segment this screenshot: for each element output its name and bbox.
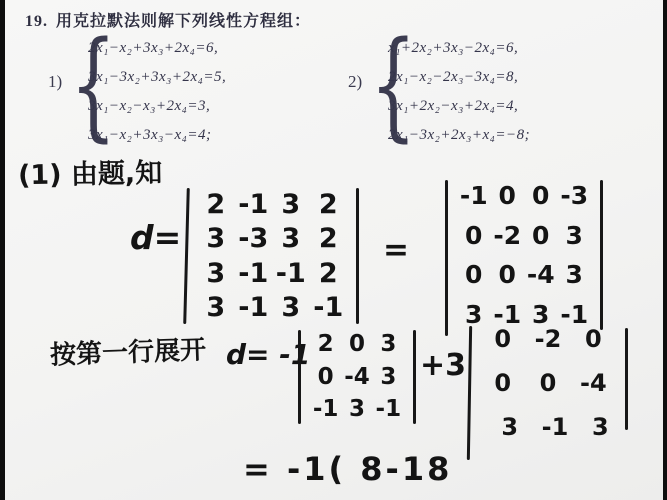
determinant-values: -100-30-20300-433-13-1 (457, 183, 591, 327)
det-row: 3-13 (487, 415, 623, 439)
det-cell: 3 (558, 223, 592, 248)
det-row: -13-1 (310, 398, 404, 421)
equation-line: x₁+2x₂+3x₃−2x₄=6, (388, 34, 530, 63)
problem-header: 19.用克拉默法则解下列线性方程组： (25, 8, 311, 31)
photographed-textbook-page: 19.用克拉默法则解下列线性方程组： 1) { 2x₁−x₂+3x₃+2x₄=6… (0, 0, 667, 500)
det-row: 00-4 (480, 371, 616, 395)
det-row: 203 (310, 333, 404, 356)
det-cell: 2 (197, 191, 235, 218)
det-cell: 3 (487, 415, 532, 439)
det-cell: -1 (235, 294, 273, 321)
det-cell: 2 (310, 225, 348, 252)
determinant-bar (183, 188, 190, 324)
det-cell: 0 (341, 333, 372, 356)
photo-right-edge-bar (663, 0, 667, 500)
det-cell: -1 (457, 183, 491, 208)
det-cell: 3 (373, 333, 404, 356)
equation-line: 3x₁−x₂−x₃+2x₄=3, (88, 92, 226, 121)
det-cell: -1 (235, 191, 273, 218)
det-cell: 0 (525, 371, 570, 395)
determinant-values: 0-2000-43-13 (480, 327, 616, 439)
det-cell: 3 (341, 398, 372, 421)
system-2-label: 2) (348, 72, 362, 92)
equation-line: 3x₁−x₂+3x₃−x₄=4; (88, 121, 226, 150)
det-cell: -2 (491, 223, 525, 248)
det-row: 00-43 (457, 262, 591, 287)
det-cell: -4 (341, 366, 372, 389)
det-cell: 0 (457, 262, 491, 287)
determinant-reduced-4x4: -100-30-20300-433-13-1 (445, 180, 603, 330)
det-cell: 3 (197, 225, 235, 252)
det-row: 3-13-1 (197, 294, 347, 321)
det-cell: -1 (310, 294, 348, 321)
det-cell: -4 (571, 371, 616, 395)
det-cell: -1 (532, 415, 577, 439)
det-cell: 3 (272, 294, 310, 321)
equation-line: 3x₁+2x₂−x₃+2x₄=4, (388, 92, 530, 121)
det-cell: -1 (235, 260, 273, 287)
determinant-minor2-3x3: 0-2000-43-13 (468, 324, 628, 442)
det-cell: 3 (272, 191, 310, 218)
handwritten-final-line: = -1( 8-18 (243, 450, 452, 488)
det-cell: -1 (310, 398, 341, 421)
det-cell: 0 (524, 223, 558, 248)
equation-line: 3x₁−3x₂+3x₃+2x₄=5, (88, 63, 226, 92)
handwritten-plus-term: +3 (420, 348, 466, 383)
det-cell: -3 (235, 225, 273, 252)
det-cell: -4 (524, 262, 558, 287)
det-row: 0-20 (480, 327, 616, 351)
det-cell: -1 (272, 260, 310, 287)
det-row: 3-1-12 (197, 260, 347, 287)
det-cell: 3 (558, 262, 592, 287)
det-cell: -2 (525, 327, 570, 351)
determinant-values: 2030-43-13-1 (310, 333, 404, 421)
system-1-equations: 2x₁−x₂+3x₃+2x₄=6, 3x₁−3x₂+3x₃+2x₄=5, 3x₁… (88, 34, 226, 150)
handwritten-step2-intro: 按第一行展开 (49, 329, 206, 371)
system-2-equations: x₁+2x₂+3x₃−2x₄=6, 2x₁−x₂−2x₃−3x₄=8, 3x₁+… (388, 34, 530, 150)
det-row: 3-332 (197, 225, 347, 252)
det-cell: 0 (457, 223, 491, 248)
handwritten-step1-intro: (1) 由题,知 (18, 151, 163, 193)
determinant-bar (445, 180, 448, 336)
det-cell: 3 (373, 366, 404, 389)
det-cell: 3 (197, 260, 235, 287)
det-cell: 0 (480, 327, 525, 351)
det-row: 0-43 (310, 366, 404, 389)
handwritten-equals-sign: = (383, 232, 409, 268)
photo-left-edge-bar (0, 0, 5, 500)
det-cell: 0 (524, 183, 558, 208)
det-cell: 0 (310, 366, 341, 389)
system-1-label: 1) (48, 72, 62, 92)
determinant-bar (625, 328, 628, 430)
det-cell: 0 (480, 371, 525, 395)
determinant-bar (600, 180, 603, 330)
det-row: 2-132 (197, 191, 347, 218)
det-cell: 3 (578, 415, 623, 439)
det-cell: 3 (197, 294, 235, 321)
det-cell: 0 (491, 183, 525, 208)
determinant-bar (413, 330, 416, 424)
determinant-bar (298, 330, 301, 424)
determinant-original-4x4: 2-1323-3323-1-123-13-1 (185, 188, 359, 324)
det-row: 0-203 (457, 223, 591, 248)
det-cell: -1 (373, 398, 404, 421)
equation-line: 2x₁−3x₂+2x₃+x₄=−8; (388, 121, 530, 150)
det-cell: 0 (491, 262, 525, 287)
det-cell: 3 (272, 225, 310, 252)
det-cell: 2 (310, 260, 348, 287)
det-cell: 0 (571, 327, 616, 351)
det-cell: -3 (558, 183, 592, 208)
problem-number: 19. (25, 13, 48, 30)
handwritten-d-label: d= (130, 218, 181, 257)
determinant-bar (356, 188, 359, 324)
equation-line: 2x₁−x₂+3x₃+2x₄=6, (88, 34, 226, 63)
det-cell: 2 (310, 191, 348, 218)
det-row: -100-3 (457, 183, 591, 208)
det-cell: 2 (310, 333, 341, 356)
equation-line: 2x₁−x₂−2x₃−3x₄=8, (388, 63, 530, 92)
determinant-minor1-3x3: 2030-43-13-1 (298, 330, 416, 424)
determinant-values: 2-1323-3323-1-123-13-1 (197, 191, 347, 321)
determinant-bar (467, 326, 472, 460)
